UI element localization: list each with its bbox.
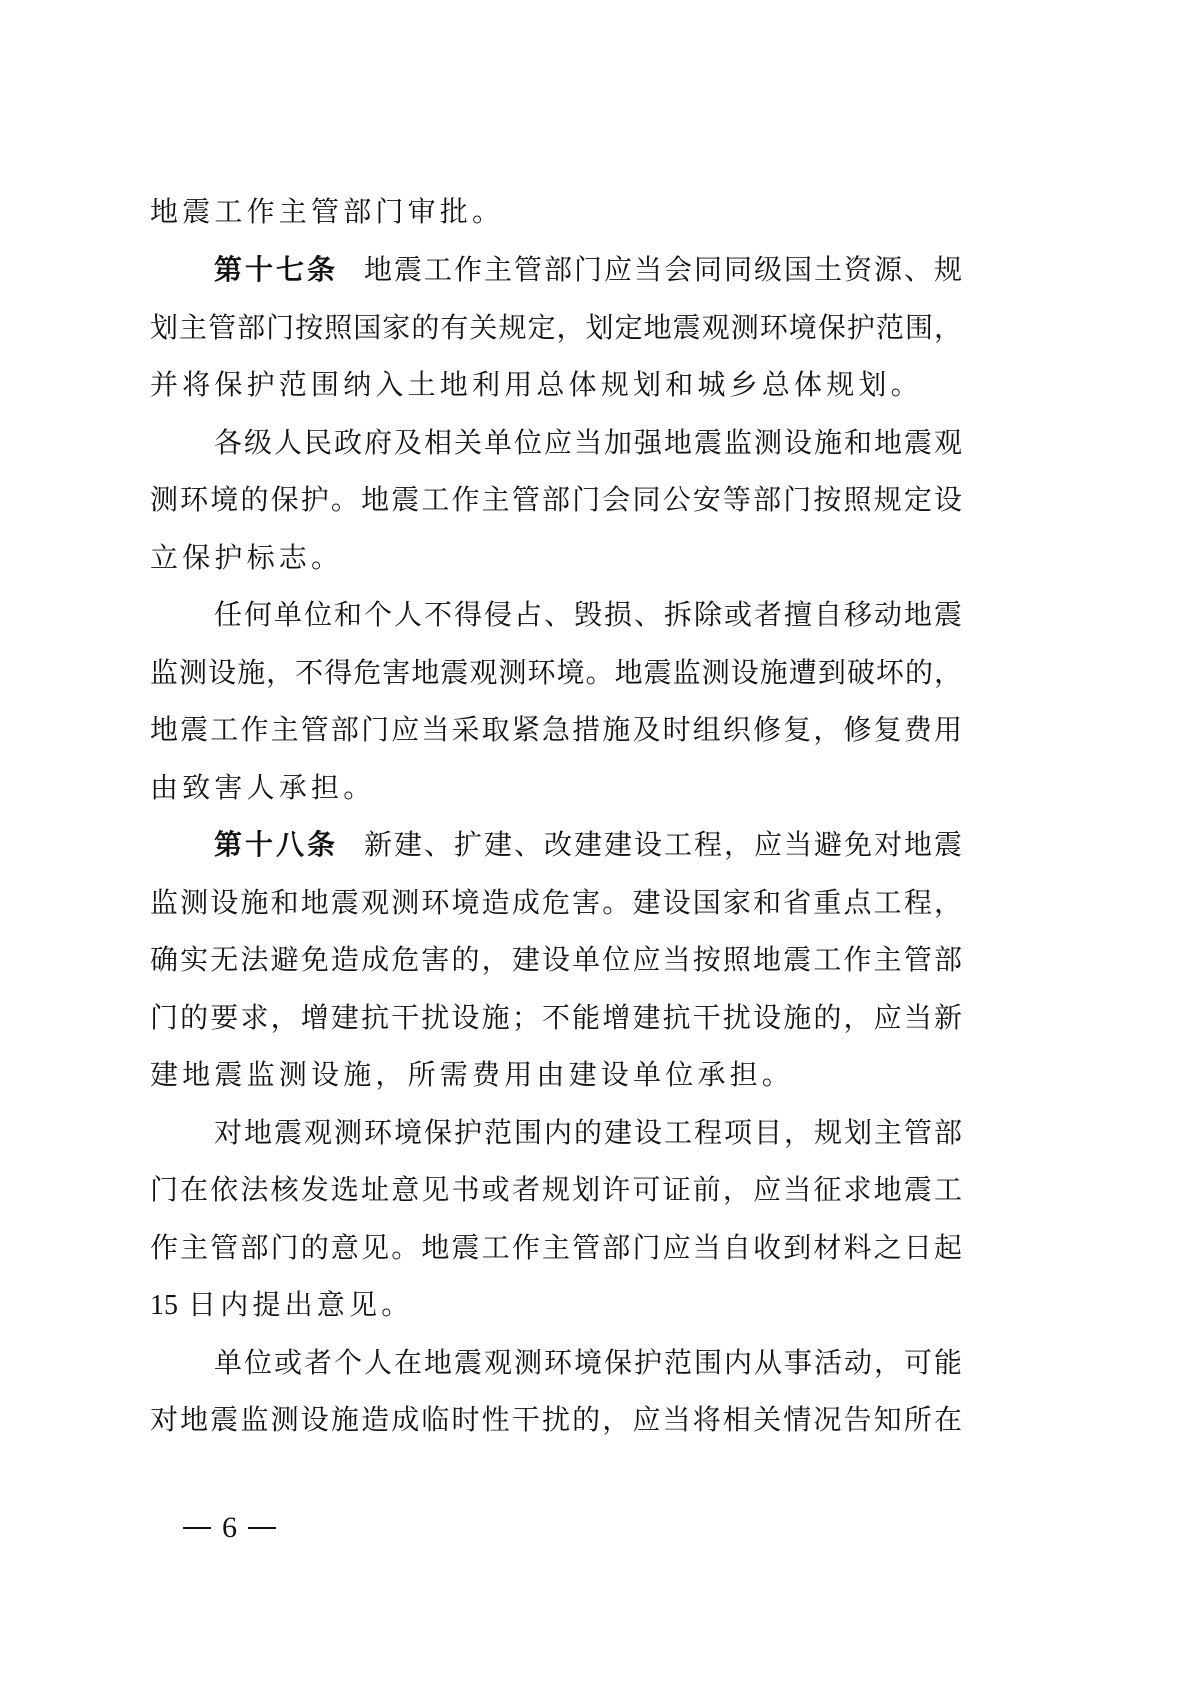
page-number: 6	[222, 1511, 237, 1544]
article-heading-18: 第十八条	[214, 828, 338, 861]
article-17-text: 地震工作主管部门应当会同同级国土资源、规	[364, 253, 962, 286]
text-line-11: 由致害人承担。	[150, 768, 962, 808]
paragraph-start-line: 任何单位和个人不得侵占、毁损、拆除或者擅自移动地震	[150, 595, 962, 635]
text-line-1: 地震工作主管部门审批。	[150, 192, 962, 232]
text-line-20-text: 日内提出意见。	[188, 1288, 413, 1321]
article-17-line: 第十七条地震工作主管部门应当会同同级国土资源、规	[150, 250, 962, 290]
page-footer: 6	[172, 1510, 287, 1546]
text-line-22: 对地震监测设施造成临时性干扰的，应当将相关情况告知所在	[150, 1400, 962, 1440]
text-line-20: 15日内提出意见。	[150, 1285, 962, 1325]
document-page: 地震工作主管部门审批。 第十七条地震工作主管部门应当会同同级国土资源、规 划主管…	[150, 0, 962, 1684]
dash-left-icon	[183, 1527, 211, 1529]
paragraph-start-line: 对地震观测环境保护范围内的建设工程项目，规划主管部	[150, 1113, 962, 1153]
text-line-14: 确实无法避免造成危害的，建设单位应当按照地震工作主管部	[150, 940, 962, 980]
text-line-15: 门的要求，增建抗干扰设施；不能增建抗干扰设施的，应当新	[150, 998, 962, 1038]
article-18-line: 第十八条新建、扩建、改建建设工程，应当避免对地震	[150, 825, 962, 865]
text-line-9: 监测设施，不得危害地震观测环境。地震监测设施遭到破坏的，	[150, 653, 962, 693]
article-18-text: 新建、扩建、改建建设工程，应当避免对地震	[364, 828, 962, 861]
article-heading-17: 第十七条	[214, 253, 338, 286]
text-line-6: 测环境的保护。地震工作主管部门会同公安等部门按照规定设	[150, 480, 962, 520]
text-line-4: 并将保护范围纳入土地利用总体规划和城乡总体规划。	[150, 365, 962, 405]
paragraph-start-line: 各级人民政府及相关单位应当加强地震监测设施和地震观	[150, 423, 962, 463]
text-line-18: 门在依法核发选址意见书或者规划许可证前，应当征求地震工	[150, 1170, 962, 1210]
text-line-10: 地震工作主管部门应当采取紧急措施及时组织修复，修复费用	[150, 710, 962, 750]
text-line-7: 立保护标志。	[150, 538, 962, 578]
dash-right-icon	[248, 1527, 276, 1529]
text-line-16: 建地震监测设施，所需费用由建设单位承担。	[150, 1055, 962, 1095]
day-count: 15	[150, 1290, 178, 1321]
text-line-3: 划主管部门按照国家的有关规定，划定地震观测环境保护范围，	[150, 308, 962, 348]
text-line-19: 作主管部门的意见。地震工作主管部门应当自收到材料之日起	[150, 1228, 962, 1268]
paragraph-start-line: 单位或者个人在地震观测环境保护范围内从事活动，可能	[150, 1343, 962, 1383]
text-line-13: 监测设施和地震观测环境造成危害。建设国家和省重点工程，	[150, 883, 962, 923]
